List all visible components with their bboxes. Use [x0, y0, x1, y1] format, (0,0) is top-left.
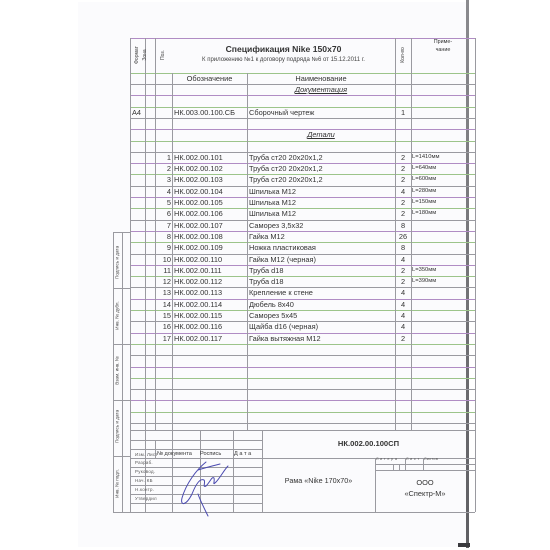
cell-designation: НК.002.00.114	[174, 299, 247, 310]
cell-pos: 11	[155, 265, 171, 276]
section-documentation: Документация	[247, 84, 395, 95]
side-stamp-dup-inv: Инв. № дубл.	[115, 291, 120, 341]
col-header-pos: Поз.	[160, 40, 166, 70]
grid-line	[475, 430, 476, 512]
tb-list-label: Л и с т	[406, 456, 420, 462]
cell-designation: НК.002.00.108	[174, 231, 247, 242]
cell-designation: НК.002.00.115	[174, 310, 247, 321]
tb-litera-label: Л и т е р а	[376, 456, 397, 462]
grid-line	[172, 73, 173, 430]
grid-line	[145, 38, 146, 430]
cell-pos: 17	[155, 333, 171, 344]
cell-pos: 5	[155, 197, 171, 208]
tb-role-norm-control: Н.контр.	[135, 485, 154, 494]
grid-line	[130, 118, 475, 119]
grid-line	[130, 430, 475, 431]
cell-qty: 2	[395, 333, 411, 344]
cell-name: Щайба d16 (черная)	[249, 321, 395, 332]
col-header-designation: Обозначение	[172, 73, 247, 84]
grid-line	[375, 464, 475, 465]
cell-designation: НК.002.00.102	[174, 163, 247, 174]
side-stamp-replaced-inv: Взам. инв. №	[115, 346, 120, 396]
cell-note: L=280мм	[412, 186, 475, 197]
cell-pos: 4	[155, 186, 171, 197]
cell-designation: НК.002.00.110	[174, 254, 247, 265]
grid-line	[262, 458, 475, 459]
cell-name: Сборочный чертеж	[249, 107, 395, 118]
cell-pos: 1	[155, 152, 171, 163]
cell-qty: 2	[395, 197, 411, 208]
cell-note: L=1410мм	[412, 152, 475, 163]
grid-line	[475, 38, 476, 430]
grid-line	[113, 512, 130, 513]
grid-line	[122, 232, 123, 512]
cell-name: Ножка пластиковая	[249, 242, 395, 253]
grid-line	[113, 288, 130, 289]
cell-note: L=390мм	[412, 276, 475, 287]
grid-line	[375, 470, 475, 471]
cell-designation: НК.003.00.100.СБ	[174, 107, 247, 118]
side-stamp-original-inv: Инв. № подл.	[115, 459, 120, 509]
paper-edge-corner	[458, 543, 470, 547]
cell-name: Труба ст20 20х20х1,2	[249, 174, 395, 185]
cell-name: Шпилька М12	[249, 208, 395, 219]
cell-qty: 8	[395, 242, 411, 253]
cell-qty: 2	[395, 265, 411, 276]
grid-line	[130, 440, 262, 441]
cell-note: L=180мм	[412, 208, 475, 219]
cell-pos: 8	[155, 231, 171, 242]
tb-product-name: Рама «Nike 170x70»	[262, 475, 375, 486]
cell-designation: НК.002.00.101	[174, 152, 247, 163]
col-header-note-2: чание	[411, 45, 475, 56]
grid-line	[393, 464, 394, 470]
grid-line	[247, 73, 248, 430]
cell-name: Саморез 3,5х32	[249, 220, 395, 231]
cell-qty: 4	[395, 299, 411, 310]
cell-pos: 10	[155, 254, 171, 265]
cell-pos: 7	[155, 220, 171, 231]
grid-line	[130, 38, 131, 430]
document-subtitle: К приложению №1 к договору подряда №6 от…	[172, 55, 395, 66]
cell-designation: НК.002.00.107	[174, 220, 247, 231]
cell-designation: НК.002.00.111	[174, 265, 247, 276]
grid-line	[130, 344, 475, 345]
cell-qty: 4	[395, 310, 411, 321]
grid-line	[130, 423, 475, 424]
cell-name: Шпилька М12	[249, 186, 395, 197]
tb-sheets-label: Листов	[424, 456, 438, 462]
grid-line	[130, 430, 131, 512]
grid-line	[399, 464, 400, 470]
signature-mark	[168, 450, 238, 518]
cell-pos: 2	[155, 163, 171, 174]
grid-line	[130, 95, 475, 96]
cell-name: Дюбель 8х40	[249, 299, 395, 310]
cell-format: А4	[132, 107, 145, 118]
col-header-format: Формат	[134, 35, 140, 75]
cell-name: Гайка М12 (черная)	[249, 254, 395, 265]
cell-designation: НК.002.00.116	[174, 321, 247, 332]
grid-line	[130, 412, 475, 413]
cell-designation: НК.002.00.103	[174, 174, 247, 185]
cell-designation: НК.002.00.112	[174, 276, 247, 287]
side-stamp-signature-date-1: Подпись и дата	[115, 238, 120, 288]
cell-note: L=600мм	[412, 174, 475, 185]
cell-designation: НК.002.00.109	[174, 242, 247, 253]
grid-line	[130, 400, 475, 401]
tb-organization-line2: «Спектр-М»	[375, 488, 475, 499]
cell-pos: 15	[155, 310, 171, 321]
cell-designation: НК.002.00.117	[174, 333, 247, 344]
cell-qty: 4	[395, 254, 411, 265]
cell-pos: 13	[155, 287, 171, 298]
grid-line	[130, 367, 475, 368]
tb-role-chief-kb: Нач. КБ	[135, 476, 153, 485]
cell-qty: 2	[395, 152, 411, 163]
cell-qty: 26	[395, 231, 411, 242]
tb-designation: НК.002.00.100СП	[262, 438, 475, 449]
cell-name: Труба ст20 20х20х1,2	[249, 152, 395, 163]
cell-qty: 2	[395, 174, 411, 185]
cell-name: Труба ст20 20х20х1,2	[249, 163, 395, 174]
cell-qty: 2	[395, 163, 411, 174]
tb-role-approved: Утвердил	[135, 494, 157, 503]
section-details: Детали	[247, 129, 395, 140]
cell-qty: 2	[395, 276, 411, 287]
cell-pos: 6	[155, 208, 171, 219]
cell-pos: 14	[155, 299, 171, 310]
cell-name: Крепление к стене	[249, 287, 395, 298]
cell-name: Саморез 5х45	[249, 310, 395, 321]
cell-note: L=640мм	[412, 163, 475, 174]
cell-qty: 4	[395, 186, 411, 197]
cell-designation: НК.002.00.105	[174, 197, 247, 208]
cell-designation: НК.002.00.113	[174, 287, 247, 298]
grid-line	[130, 378, 475, 379]
cell-name: Труба d18	[249, 265, 395, 276]
grid-line	[113, 456, 130, 457]
cell-designation: НК.002.00.104	[174, 186, 247, 197]
cell-pos: 12	[155, 276, 171, 287]
cell-pos: 9	[155, 242, 171, 253]
cell-name: Труба d18	[249, 276, 395, 287]
tb-role-developer: Разраб.	[135, 458, 153, 467]
tb-role-head: Руковод.	[135, 467, 155, 476]
cell-qty: 1	[395, 107, 411, 118]
tb-organization-line1: ООО	[375, 477, 475, 488]
grid-line	[113, 232, 130, 233]
cell-qty: 4	[395, 287, 411, 298]
cell-name: Гайка М12	[249, 231, 395, 242]
col-header-qty: Кол-во	[400, 35, 406, 75]
cell-name: Гайка вытяжная М12	[249, 333, 395, 344]
cell-name: Шпилька М12	[249, 197, 395, 208]
col-header-name: Наименование	[247, 73, 395, 84]
cell-note: L=350мм	[412, 265, 475, 276]
cell-qty: 4	[395, 321, 411, 332]
cell-qty: 2	[395, 208, 411, 219]
cell-pos: 3	[155, 174, 171, 185]
document-title: Спецификация Nike 150x70	[172, 44, 395, 55]
side-stamp-signature-date-2: Подпись и дата	[115, 402, 120, 452]
grid-line	[411, 38, 412, 430]
col-header-zone: Зона	[142, 45, 148, 65]
grid-line	[130, 389, 475, 390]
cell-note: L=150мм	[412, 197, 475, 208]
cell-designation: НК.002.00.106	[174, 208, 247, 219]
cell-pos: 16	[155, 321, 171, 332]
grid-line	[130, 355, 475, 356]
grid-line	[130, 141, 475, 142]
cell-qty: 8	[395, 220, 411, 231]
